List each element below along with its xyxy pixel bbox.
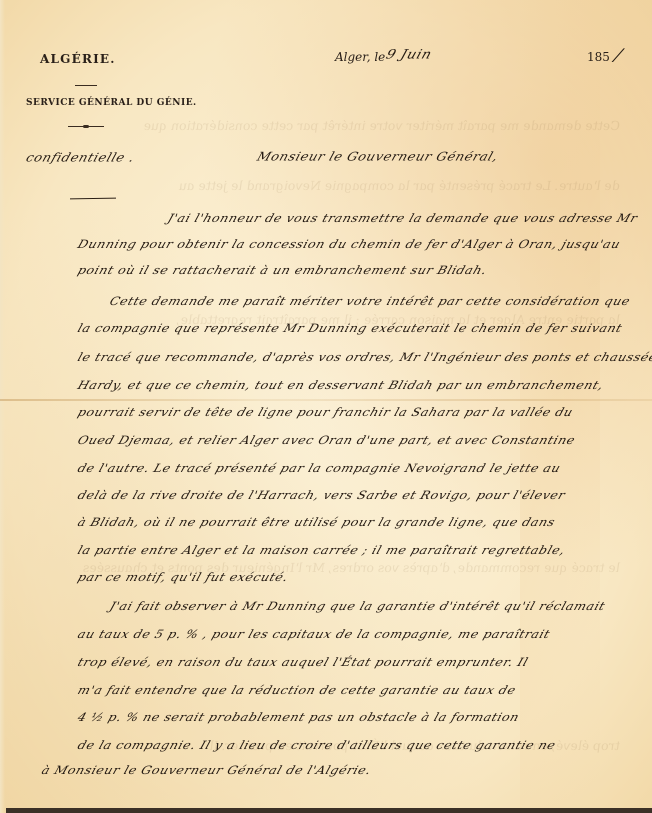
body-line: la compagnie que représente Mr Dunning e… xyxy=(76,321,640,335)
body-line: delà de la rive droite de l'Harrach, ver… xyxy=(76,488,640,502)
body-line: point où il se rattacherait à un embranc… xyxy=(76,263,640,277)
body-line: 4 ½ p. % ne serait probablement pas un o… xyxy=(76,710,640,724)
body-line: trop élevé, en raison du taux auquel l'É… xyxy=(76,655,640,669)
body-line: J'ai l'honneur de vous transmettre la de… xyxy=(166,211,652,225)
bleed-through-text: de l'autre. Le tracé présenté par la com… xyxy=(58,178,623,193)
printed-year: 185 xyxy=(587,50,610,64)
body-line: Cette demande me paraît mériter votre in… xyxy=(108,294,652,308)
handwritten-date: 9 Juin xyxy=(384,47,434,62)
letterhead-ornament xyxy=(68,126,104,127)
bleed-through-text: Cette demande me paraît mériter votre in… xyxy=(58,118,623,133)
paper-left-edge xyxy=(0,0,5,813)
paper-fold-line xyxy=(0,399,652,401)
salutation: Monsieur le Gouverneur Général, xyxy=(255,150,500,164)
body-line: Oued Djemaa, et relier Alger avec Oran d… xyxy=(76,433,640,447)
paper-bottom-shadow xyxy=(6,808,652,813)
letter-page: Cette demande me paraît mériter votre in… xyxy=(0,0,652,813)
body-line: J'ai fait observer à Mr Dunning que la g… xyxy=(108,599,652,613)
letterhead-region: ALGÉRIE. xyxy=(40,52,116,66)
body-line: la partie entre Alger et la maison carré… xyxy=(76,543,640,557)
letterhead-divider xyxy=(75,85,97,86)
margin-note: confidentielle . xyxy=(24,151,136,165)
body-line: à Blidah, où il ne pourrait être utilisé… xyxy=(76,515,640,529)
body-line: m'a fait entendre que la réduction de ce… xyxy=(76,683,640,697)
handwritten-year-digit: / xyxy=(612,46,625,65)
letterhead-department: SERVICE GÉNÉRAL DU GÉNIE. xyxy=(26,98,197,108)
closing-address: à Monsieur le Gouverneur Général de l'Al… xyxy=(40,763,373,777)
body-line: Hardy, et que ce chemin, tout en desserv… xyxy=(76,378,640,392)
body-line: au taux de 5 p. % , pour les capitaux de… xyxy=(76,627,640,641)
body-line: de l'autre. Le tracé présenté par la com… xyxy=(76,461,640,475)
place-date-prefix: Alger, le xyxy=(335,50,385,64)
margin-flourish xyxy=(70,198,116,200)
body-line: de la compagnie. Il y a lieu de croire d… xyxy=(76,738,640,752)
body-line: Dunning pour obtenir la concession du ch… xyxy=(76,237,640,251)
body-line: pourrait servir de tête de ligne pour fr… xyxy=(76,405,640,419)
body-line: par ce motif, qu'il fut exécuté. xyxy=(76,570,640,584)
body-line: le tracé que recommande, d'après vos ord… xyxy=(76,350,640,364)
